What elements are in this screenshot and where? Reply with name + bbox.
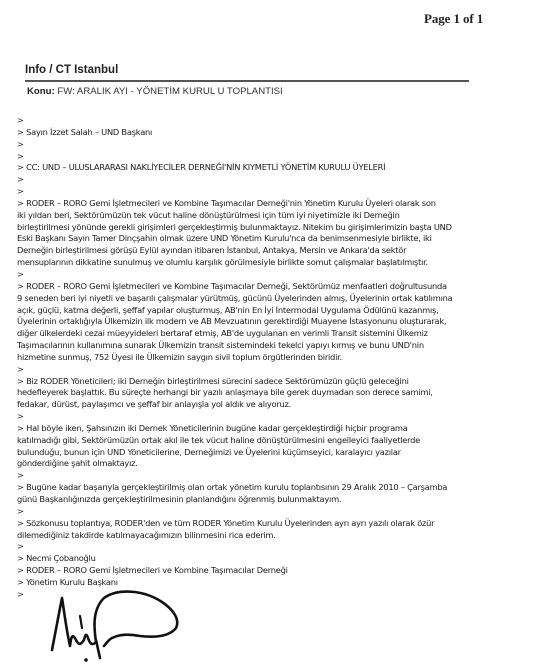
- subject-label: Konu:: [27, 86, 55, 97]
- header-divider: [25, 80, 469, 82]
- body-line: >: [17, 541, 517, 553]
- body-line: iki yıldan beri, Sektörümüzün tek vücut …: [17, 210, 517, 222]
- body-line: günü Başkanlığınızda gerçekleştirilmesin…: [17, 494, 517, 506]
- body-line: Üyelerinin ortaklığıyla Ülkemizin ilk mo…: [17, 316, 517, 328]
- body-line: diğer ülkelerdeki cezai müeyyideleri ber…: [17, 328, 517, 340]
- body-line: > Sayın İzzet Salah – UND Başkanı: [17, 127, 517, 139]
- body-line: bulunduğu, bunun için UND Yöneticilerine…: [17, 447, 517, 459]
- email-subject: Konu: FW: ARALIK AYI - YÖNETİM KURUL U T…: [27, 86, 283, 97]
- body-line: açık, güçlü, katma değerli, şeffaf yapıl…: [17, 305, 517, 317]
- body-line: birleştirilmesi yönünde gerekli girişiml…: [17, 222, 517, 234]
- body-line: 9 seneden beri iyi niyetli ve başarılı ç…: [17, 293, 517, 305]
- body-line: > Bugüne kadar başarıyla gerçekleştirilm…: [17, 482, 517, 494]
- body-line: > Yönetim Kurulu Başkanı: [17, 577, 517, 589]
- body-line: > CC: UND – ULUSLARARASI NAKLİYECİLER DE…: [17, 162, 517, 174]
- page-indicator: Page 1 of 1: [424, 11, 483, 27]
- body-line: dilemediğiniz takdirde katılmayacağımızı…: [17, 530, 517, 542]
- body-line: Eski Başkanı Sayın Tamer Dinçşahin olmak…: [17, 233, 517, 245]
- body-line: fedakar, dürüst, paylaşımcı ve şeffaf bi…: [17, 399, 517, 411]
- body-line: hedefleyerek başlattık. Bu süreçte herha…: [17, 387, 517, 399]
- body-line: Taşımacılarının kullanımına sunarak Ülke…: [17, 340, 517, 352]
- body-line: gönderdiğine şahit olmaktayız.: [17, 458, 517, 470]
- signature-icon: [40, 588, 185, 663]
- body-line: > Hal böyle iken, Şahsınızın iki Dernek …: [17, 423, 517, 435]
- body-line: > RODER – RORO Gemi İşletmecileri ve Kom…: [17, 198, 517, 210]
- body-line: >: [17, 411, 517, 423]
- body-line: Derneğin birleştirilmesi görüşü Eylül ay…: [17, 245, 517, 257]
- body-line: > Sözkonusu toplantıya, RODER'den ve tüm…: [17, 518, 517, 530]
- body-line: > RODER – RORO Gemi İşletmecileri ve Kom…: [17, 281, 517, 293]
- email-body: >> Sayın İzzet Salah – UND Başkanı>>> CC…: [17, 115, 517, 601]
- body-line: > Biz RODER Yöneticileri; iki Derneğin b…: [17, 376, 517, 388]
- body-line: >: [17, 364, 517, 376]
- body-line: >: [17, 506, 517, 518]
- body-line: katılmadığı gibi, Sektörümüzün ortak akı…: [17, 435, 517, 447]
- body-line: mensuplarının dikkatine sunulmuş ve olum…: [17, 257, 517, 269]
- body-line: >: [17, 115, 517, 127]
- body-line: >: [17, 139, 517, 151]
- body-line: > RODER – RORO Gemi İşletmecileri ve Kom…: [17, 565, 517, 577]
- sender-header: Info / CT Istanbul: [25, 64, 118, 76]
- body-line: >: [17, 151, 517, 163]
- subject-value: FW: ARALIK AYI - YÖNETİM KURUL U TOPLANT…: [57, 86, 282, 97]
- body-line: >: [17, 174, 517, 186]
- body-line: >: [17, 269, 517, 281]
- body-line: hizmetine sunmuş, 752 Üyesi ile Ülkemizi…: [17, 352, 517, 364]
- body-line: >: [17, 186, 517, 198]
- body-line: > Necmi Çobanoğlu: [17, 553, 517, 565]
- body-line: >: [17, 470, 517, 482]
